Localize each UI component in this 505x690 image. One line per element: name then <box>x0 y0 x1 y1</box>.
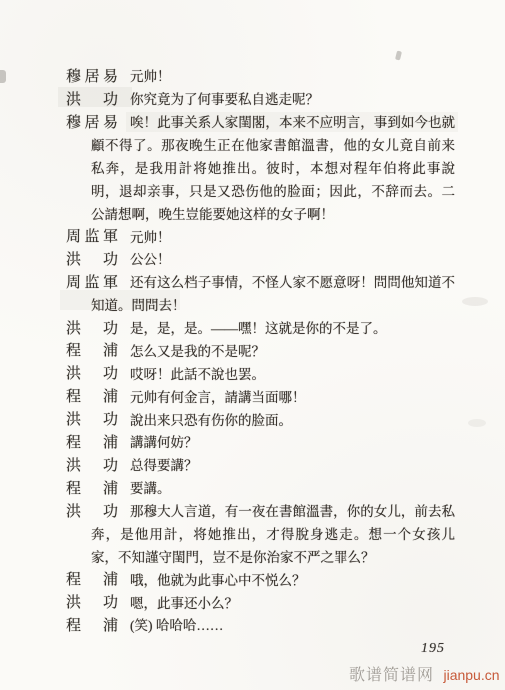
dialogue-text: 总得要講？ <box>130 454 455 474</box>
watermark-site-name: 歌谱简谱网 <box>349 667 434 684</box>
page-number: 195 <box>395 641 445 657</box>
dialogue-text: 元帅！ <box>130 65 455 85</box>
speaker-name: 程 浦 <box>66 477 118 498</box>
script-line: 穆居易唉！此事关系人家閨閣，本来不应明言，事到如今也就 <box>0 110 505 133</box>
dialogue-text: 顧不得了。那夜晚生正在他家書館溫書，他的女儿竟自前来 <box>91 134 455 154</box>
dialogue-text: 元帅有何金言，請講当面哪！ <box>130 386 455 406</box>
script-line: 洪 功那穆大人言道，有一夜在書館溫書，你的女儿，前去私 <box>0 499 505 522</box>
speaker-name: 程 浦 <box>66 614 118 635</box>
dialogue-text: 明，退却亲事，只是又恐伤他的脸面；因此，不辞而去。二 <box>91 180 455 200</box>
speaker-name: 穆居易 <box>66 65 118 86</box>
speaker-name: 洪 功 <box>66 454 118 475</box>
dialogue-text: 嗯，此事还小么？ <box>130 592 455 612</box>
script-line: 周监軍还有这么档子事情，不怪人家不愿意呀！問問他知道不 <box>0 270 505 293</box>
speaker-name: 程 浦 <box>66 568 118 589</box>
speaker-name: 洪 功 <box>66 408 118 429</box>
dialogue-text: 家，不知謹守閨門，豈不是你治家不严之罪么？ <box>91 546 455 566</box>
script-line: 洪 功总得要講？ <box>0 453 505 476</box>
dialogue-text: 是，是，是。——嘿！这就是你的不是了。 <box>130 317 455 337</box>
script-line: 洪 功公公！ <box>0 247 505 270</box>
dialogue-text: 怎么又是我的不是呢？ <box>130 340 455 360</box>
watermark-site-url: jianpu.cn <box>443 667 499 683</box>
script-line: 洪 功你究竟为了何事要私自逃走呢？ <box>0 87 505 110</box>
dialogue-text: 还有这么档子事情，不怪人家不愿意呀！問問他知道不 <box>130 271 455 291</box>
script-line: 程 浦要講。 <box>0 476 505 499</box>
script-line: 程 浦(笑) 哈哈哈…… <box>0 613 505 636</box>
script-text-block: 穆居易元帅！洪 功你究竟为了何事要私自逃走呢？穆居易唉！此事关系人家閨閣，本来不… <box>0 64 505 636</box>
dialogue-text: 你究竟为了何事要私自逃走呢？ <box>130 88 455 108</box>
dialogue-text: 元帅！ <box>130 226 455 246</box>
speaker-name: 周监軍 <box>66 271 118 292</box>
dialogue-text: 那穆大人言道，有一夜在書館溫書，你的女儿，前去私 <box>130 500 455 520</box>
dialogue-text: 公請想啊，晚生豈能要她这样的女子啊！ <box>91 203 455 223</box>
dialogue-text: 哎呀！此話不說也罢。 <box>130 363 455 383</box>
speaker-name: 洪 功 <box>66 248 118 269</box>
speaker-name: 洪 功 <box>66 362 118 383</box>
speaker-name: 程 浦 <box>66 431 118 452</box>
script-line: 明，退却亲事，只是又恐伤他的脸面；因此，不辞而去。二 <box>0 178 505 201</box>
watermark: 歌谱简谱网 jianpu.cn <box>349 662 500 685</box>
script-line: 洪 功是，是，是。——嘿！这就是你的不是了。 <box>0 316 505 339</box>
script-line: 程 浦元帅有何金言，請講当面哪！ <box>0 384 505 407</box>
script-line: 家，不知謹守閨門，豈不是你治家不严之罪么？ <box>0 544 505 567</box>
script-line: 程 浦怎么又是我的不是呢？ <box>0 339 505 362</box>
script-line: 顧不得了。那夜晚生正在他家書館溫書，他的女儿竟自前来 <box>0 133 505 156</box>
script-line: 洪 功說出来只恐有伤你的脸面。 <box>0 407 505 430</box>
dialogue-text: 公公！ <box>130 248 455 268</box>
scanned-book-page: 穆居易元帅！洪 功你究竟为了何事要私自逃走呢？穆居易唉！此事关系人家閨閣，本来不… <box>0 0 505 690</box>
script-line: 洪 功嗯，此事还小么？ <box>0 590 505 613</box>
speaker-name: 程 浦 <box>66 339 118 360</box>
script-line: 穆居易元帅！ <box>0 64 505 87</box>
speaker-name: 穆居易 <box>66 111 118 132</box>
script-line: 洪 功哎呀！此話不說也罢。 <box>0 361 505 384</box>
speaker-name: 周监軍 <box>66 225 118 246</box>
dialogue-text: 唉！此事关系人家閨閣，本来不应明言，事到如今也就 <box>130 111 455 131</box>
script-line: 周监軍元帅！ <box>0 224 505 247</box>
dialogue-text: 知道。問問去！ <box>91 294 455 314</box>
speaker-name: 程 浦 <box>66 385 118 406</box>
script-line: 程 浦哦，他就为此事心中不悦么？ <box>0 567 505 590</box>
script-line: 私奔，是我用計将她推出。彼时，本想对程年伯将此事說 <box>0 156 505 179</box>
speaker-name: 洪 功 <box>66 317 118 338</box>
dialogue-text: 要講。 <box>130 477 455 497</box>
dialogue-text: 哦，他就为此事心中不悦么？ <box>130 569 455 589</box>
script-line: 奔，是他用計，将她推出，才得脫身逃走。想一个女孩儿 <box>0 522 505 545</box>
dialogue-text: 說出来只恐有伤你的脸面。 <box>130 409 455 429</box>
speaker-name: 洪 功 <box>66 500 118 521</box>
speaker-name: 洪 功 <box>66 591 118 612</box>
script-line: 知道。問問去！ <box>0 293 505 316</box>
dialogue-text: 講講何妨？ <box>130 431 455 451</box>
script-line: 程 浦講講何妨？ <box>0 430 505 453</box>
scan-artifact <box>395 51 402 61</box>
dialogue-text: 奔，是他用計，将她推出，才得脫身逃走。想一个女孩儿 <box>91 523 455 543</box>
script-line: 公請想啊，晚生豈能要她这样的女子啊！ <box>0 201 505 224</box>
speaker-name: 洪 功 <box>66 88 118 109</box>
dialogue-text: (笑) 哈哈哈…… <box>130 614 455 634</box>
dialogue-text: 私奔，是我用計将她推出。彼时，本想对程年伯将此事說 <box>91 157 455 177</box>
